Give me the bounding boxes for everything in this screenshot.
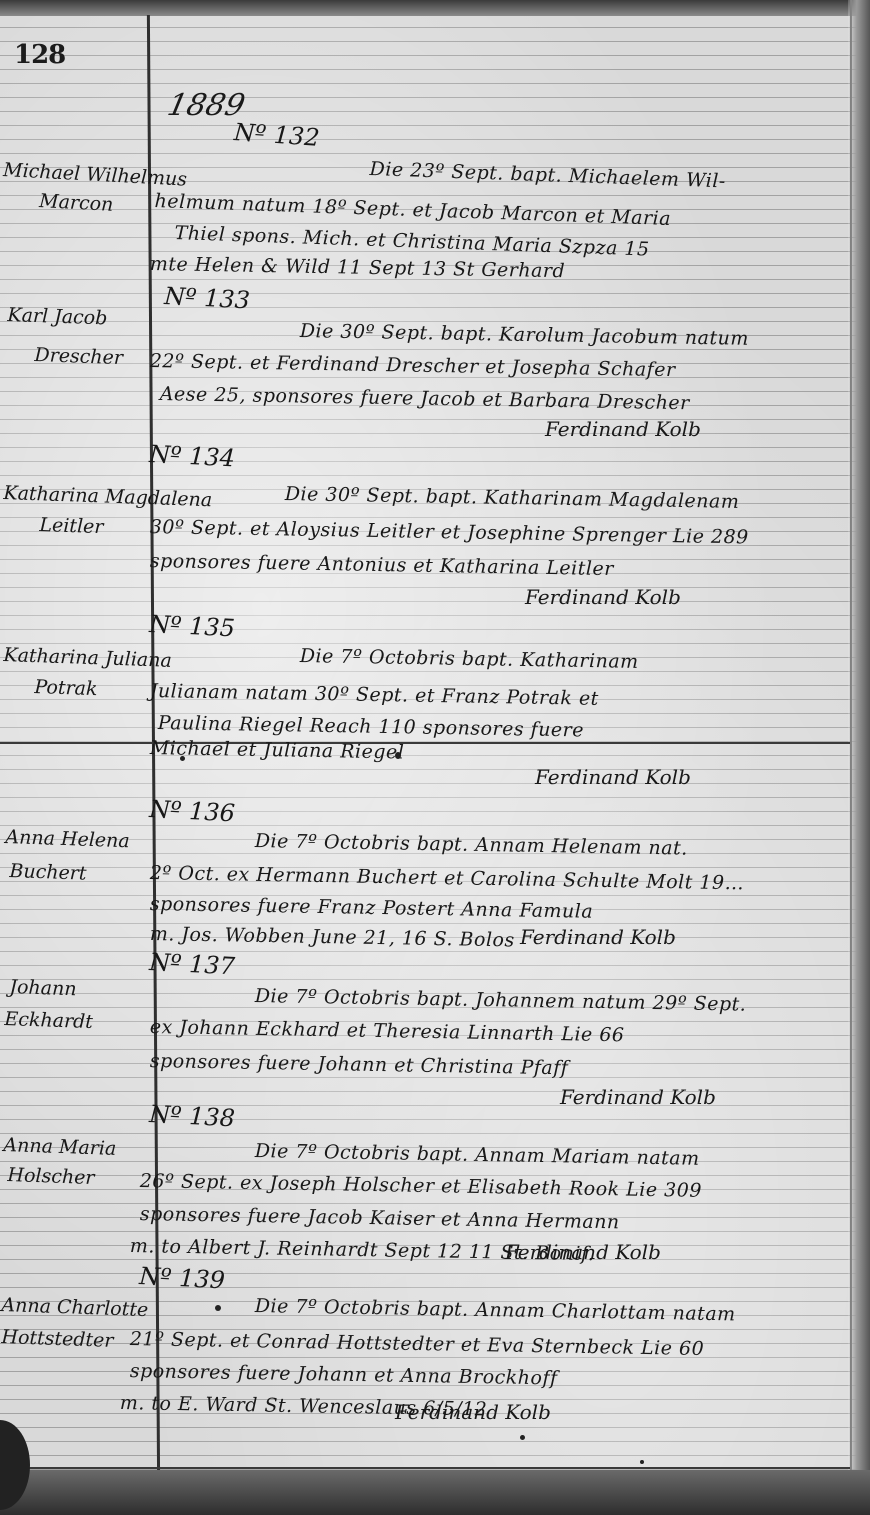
entry-text-line: 21º Sept. et Conrad Hottstedter et Eva S… xyxy=(130,1328,705,1360)
entry-text-line: Die 23º Sept. bapt. Michaelem Wil- xyxy=(369,158,726,192)
officiant-signature: Ferdinand Kolb xyxy=(535,765,691,789)
entry-text-line: sponsores fuere Johann et Christina Pfaf… xyxy=(150,1050,569,1079)
margin-name-line: Holscher xyxy=(7,1160,95,1193)
entry-text-line: sponsores fuere Franz Postert Anna Famul… xyxy=(150,893,594,923)
officiant-signature: Ferdinand Kolb xyxy=(560,1085,716,1109)
margin-name-line: Drescher xyxy=(34,340,124,373)
entry-text-line: 30º Sept. et Aloysius Leitler et Josephi… xyxy=(150,516,749,548)
entry-text-line: 26º Sept. ex Joseph Holscher et Elisabet… xyxy=(140,1170,702,1202)
officiant-signature: Ferdinand Kolb xyxy=(520,925,676,949)
entry-number: Nº 134 xyxy=(149,440,236,472)
entry-text-line: 22º Sept. et Ferdinand Drescher et Josep… xyxy=(150,350,676,381)
entry-text-line: sponsores fuere Jacob Kaiser et Anna Her… xyxy=(140,1203,620,1233)
register-page: 128 1889 Nº 132 Michael Wilhelmus Marcon… xyxy=(0,0,870,1515)
entry-text-line: Aese 25, sponsores fuere Jacob et Barbar… xyxy=(160,383,690,414)
entry-text-line: Die 30º Sept. bapt. Katharinam Magdalena… xyxy=(285,483,740,513)
entry-text-line: ex Johann Eckhard et Theresia Linnarth L… xyxy=(150,1016,625,1046)
ink-speck xyxy=(180,756,185,761)
margin-name-line: Buchert xyxy=(9,856,87,889)
entry-text-line: Die 7º Octobris bapt. Annam Mariam natam xyxy=(255,1140,700,1170)
entry-text-line: sponsores fuere Antonius et Katharina Le… xyxy=(150,550,614,580)
margin-name-line: Anna Charlotte xyxy=(1,1290,149,1325)
entry-text-line: Julianam natam 30º Sept. et Franz Potrak… xyxy=(150,680,599,710)
ink-speck xyxy=(640,1460,644,1464)
entry-number: Nº 135 xyxy=(149,610,236,642)
ink-speck xyxy=(520,1435,525,1440)
scan-bottom-shadow xyxy=(0,1470,870,1515)
margin-name-line: Anna Maria xyxy=(3,1130,117,1164)
margin-name-line: Karl Jacob xyxy=(7,300,108,333)
entry-text-line: Paulina Riegel Reach 110 sponsores fuere xyxy=(158,712,585,741)
entry-text-line: Michael et Juliana Riegel xyxy=(150,737,405,763)
entry-text-line: m. Jos. Wobben June 21, 16 S. Bolos xyxy=(150,923,515,951)
entry-number: Nº 137 xyxy=(149,948,236,980)
margin-name-line: Leitler xyxy=(39,510,104,542)
margin-name-line: Potrak xyxy=(34,672,98,704)
officiant-signature: Ferdinand Kolb xyxy=(545,417,701,441)
entry-number: Nº 133 xyxy=(164,282,251,314)
ink-speck xyxy=(215,1305,221,1311)
ink-speck xyxy=(395,752,401,759)
entry-text-line: 2º Oct. ex Hermann Buchert et Carolina S… xyxy=(150,862,745,894)
margin-name-line: Katharina Juliana xyxy=(3,640,172,676)
entry-number: Nº 139 xyxy=(139,1262,226,1294)
officiant-signature: Ferdinand Kolb xyxy=(395,1400,551,1424)
entry-text-line: Die 7º Octobris bapt. Katharinam xyxy=(300,645,639,673)
entry-number: Nº 136 xyxy=(149,795,236,827)
margin-name-line: Anna Helena xyxy=(5,822,130,856)
bottom-rule xyxy=(0,1467,850,1469)
entry-text-line: Die 30º Sept. bapt. Karolum Jacobum natu… xyxy=(300,320,749,350)
entry-text-line: sponsores fuere Johann et Anna Brockhoff xyxy=(130,1360,558,1389)
scan-right-edge xyxy=(848,0,870,1515)
margin-name-line: Johann xyxy=(9,972,77,1004)
officiant-signature: Ferdinand Kolb xyxy=(525,585,681,609)
entry-text-line: Die 7º Octobris bapt. Johannem natum 29º… xyxy=(255,985,747,1016)
entry-text-line: Die 7º Octobris bapt. Annam Helenam nat. xyxy=(255,830,688,860)
officiant-signature: Ferdinand Kolb xyxy=(505,1240,661,1264)
page-number: 128 xyxy=(14,40,65,70)
scan-top-shadow xyxy=(0,0,870,16)
margin-name-line: Hottstedter xyxy=(1,1322,114,1356)
entry-text-line: Die 7º Octobris bapt. Annam Charlottam n… xyxy=(255,1295,736,1325)
margin-name-line: Eckhardt xyxy=(4,1004,93,1037)
margin-name-line: Marcon xyxy=(38,186,114,220)
margin-name-line: Katharina Magdalena xyxy=(3,478,213,515)
entry-number: Nº 138 xyxy=(149,1100,236,1132)
entry-text-line: mte Helen & Wild 11 Sept 13 St Gerhard xyxy=(150,253,566,282)
page-fold-rule xyxy=(0,742,850,744)
entry-number: Nº 132 xyxy=(233,118,320,152)
